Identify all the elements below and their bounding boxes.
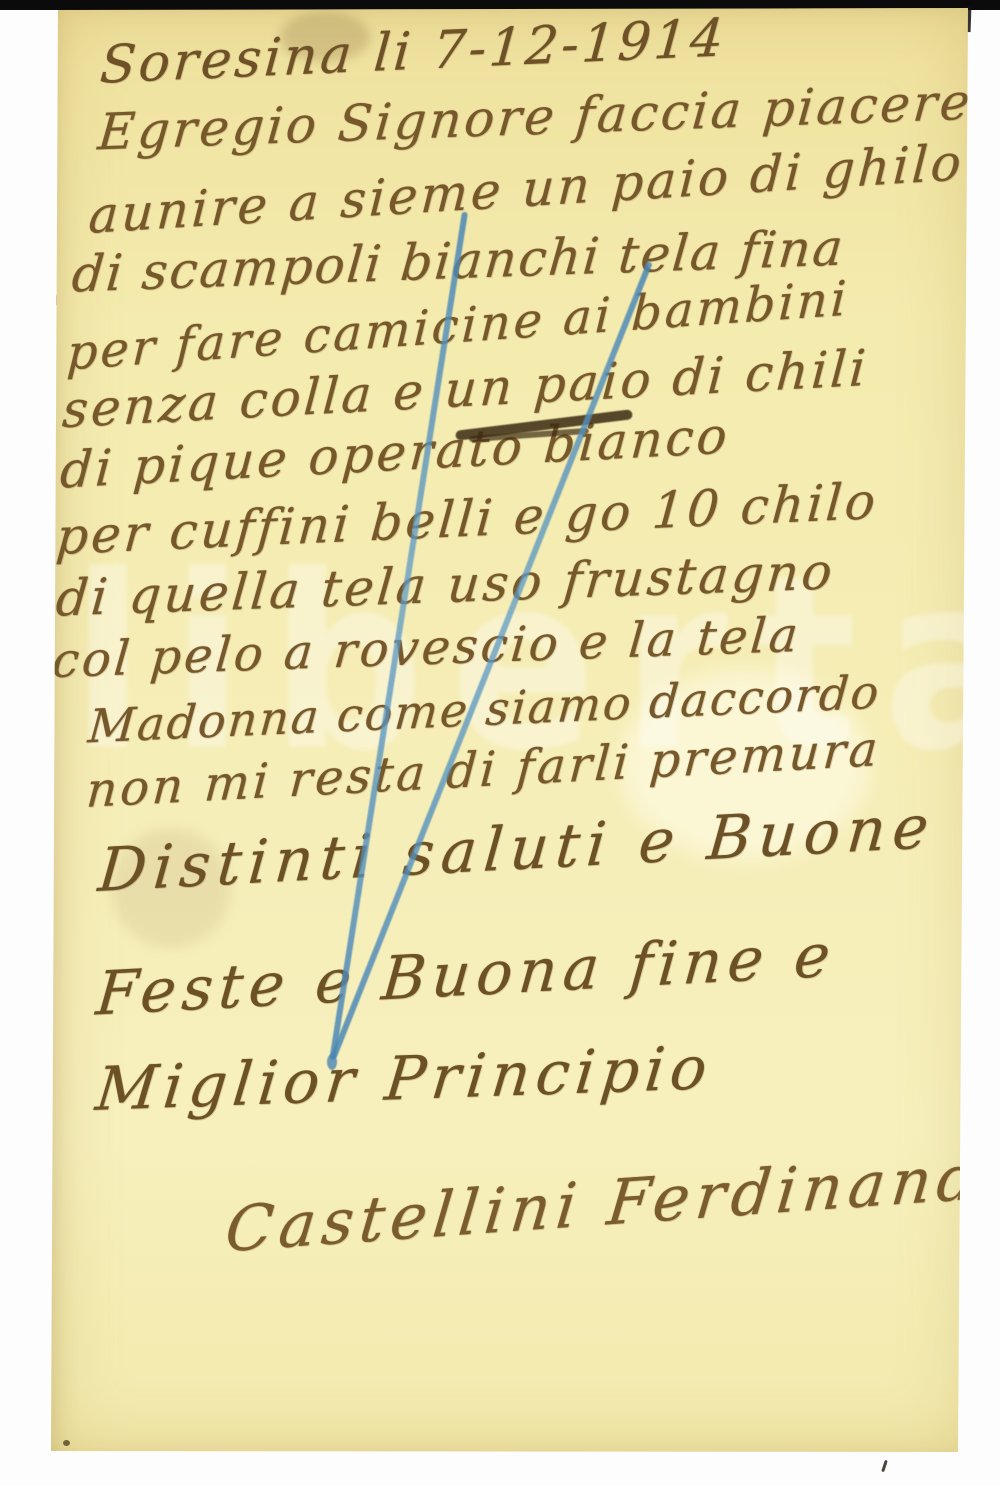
- red-speck: [52, 294, 57, 306]
- signature: Castellini Ferdinando: [222, 1137, 1000, 1267]
- handwritten-line-date: Soresina li 7-12-1914: [98, 8, 729, 96]
- scan-background: liberta Soresina li 7-12-1914 Egregio Si…: [0, 0, 1000, 1486]
- postcard: liberta Soresina li 7-12-1914 Egregio Si…: [51, 8, 970, 1454]
- handwritten-line: Miglior Principio: [92, 1033, 716, 1125]
- stray-mark: [881, 1460, 888, 1472]
- blue-pencil-vertex: [327, 1054, 337, 1070]
- ink-speck: [63, 1440, 70, 1446]
